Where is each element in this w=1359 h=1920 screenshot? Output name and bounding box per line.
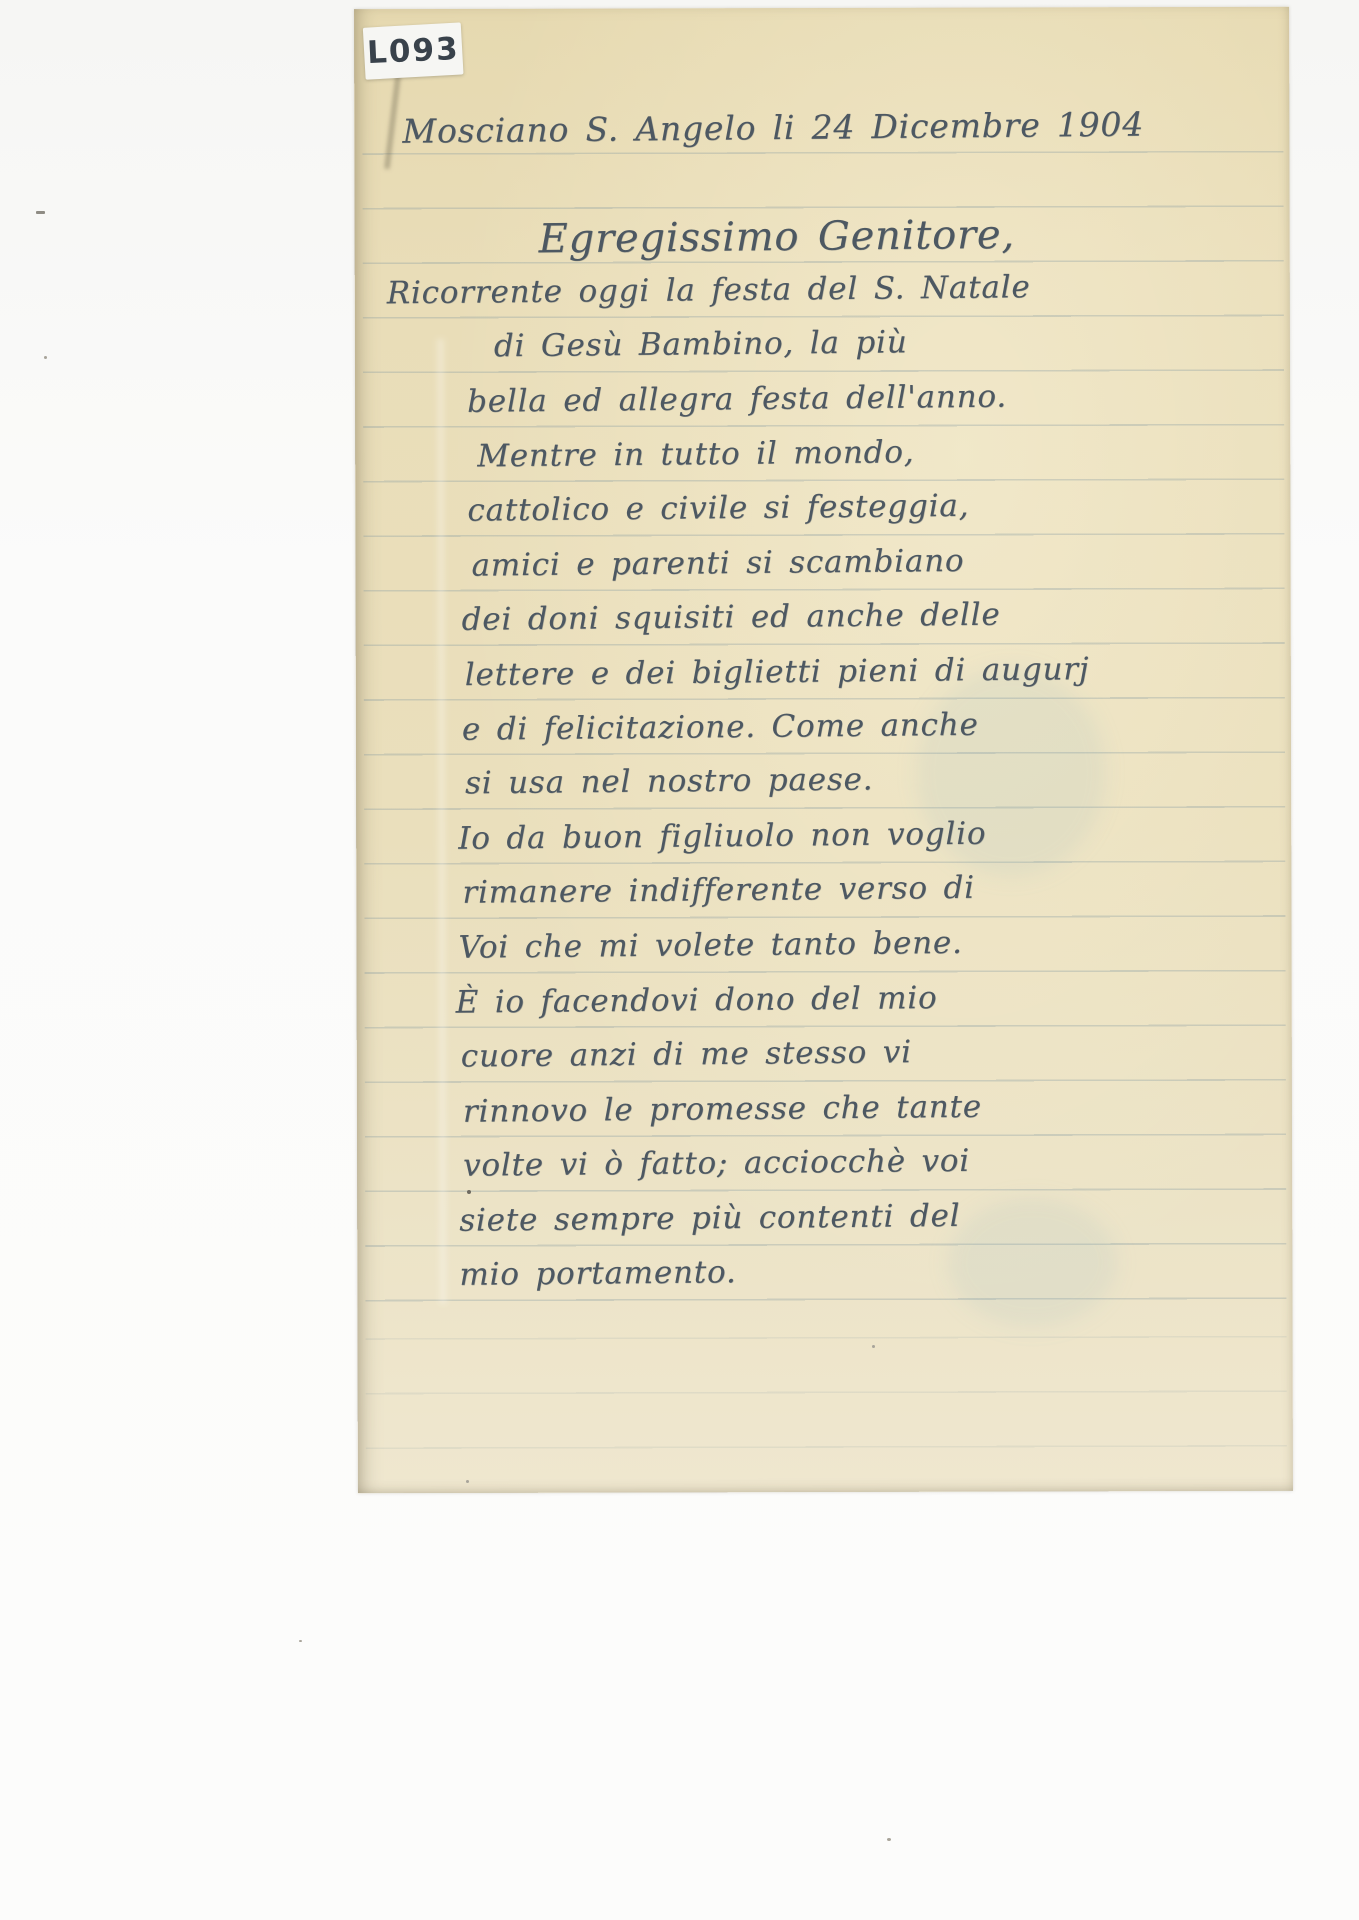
body-line: cuore anzi di me stesso vi xyxy=(461,1034,912,1074)
scanned-letter-background: L093 Mosciano S. Angelo li 24 Dicembre 1… xyxy=(0,0,1359,1920)
body-line: dei doni squisiti ed anche delle xyxy=(461,597,1000,638)
body-line: Ricorrente oggi la festa del S. Natale xyxy=(387,269,1031,311)
body-line: Io da buon figliuolo non voglio xyxy=(458,816,986,857)
salutation-line: Egregissimo Genitore, xyxy=(538,212,1015,263)
dust-speck xyxy=(36,211,45,214)
ink-bleedthrough xyxy=(947,1197,1117,1327)
body-line: siete sempre più contenti del xyxy=(459,1198,961,1239)
body-line: Voi che mi volete tanto bene. xyxy=(458,925,963,966)
body-line: cattolico e civile si festeggia, xyxy=(467,488,969,529)
dust-speck xyxy=(467,1190,471,1194)
paper-edge-shadow xyxy=(384,69,401,169)
body-line: si usa nel nostro paese. xyxy=(465,761,874,801)
body-line: di Gesù Bambino, la più xyxy=(494,324,908,364)
dust-speck xyxy=(872,1345,875,1348)
body-line: rinnovo le promesse che tante xyxy=(463,1089,982,1130)
dust-speck xyxy=(299,1640,302,1642)
body-line: È io facendovi dono del mio xyxy=(455,980,937,1021)
catalog-label: L093 xyxy=(366,31,460,71)
body-line: Mentre in tutto il mondo, xyxy=(477,434,915,474)
body-line: bella ed allegra festa dell'anno. xyxy=(467,379,1007,420)
ruled-lines-lower xyxy=(366,1336,1287,1478)
body-line: e di felicitazione. Come anche xyxy=(462,707,979,748)
letter-page: L093 Mosciano S. Angelo li 24 Dicembre 1… xyxy=(354,7,1293,1493)
dust-speck xyxy=(44,356,47,359)
body-line: lettere e dei biglietti pieni di augurj xyxy=(465,651,1090,693)
dust-speck xyxy=(887,1838,891,1841)
date-line: Mosciano S. Angelo li 24 Dicembre 1904 xyxy=(402,105,1144,151)
body-line: amici e parenti si scambiano xyxy=(471,543,964,584)
body-line: mio portamento. xyxy=(459,1254,737,1293)
body-line: volte vi ò fatto; acciocchè voi xyxy=(463,1143,970,1184)
dust-speck xyxy=(466,1480,469,1483)
catalog-sticker: L093 xyxy=(363,22,464,79)
page-crease xyxy=(437,339,447,1304)
body-line: rimanere indifferente verso di xyxy=(462,870,975,911)
